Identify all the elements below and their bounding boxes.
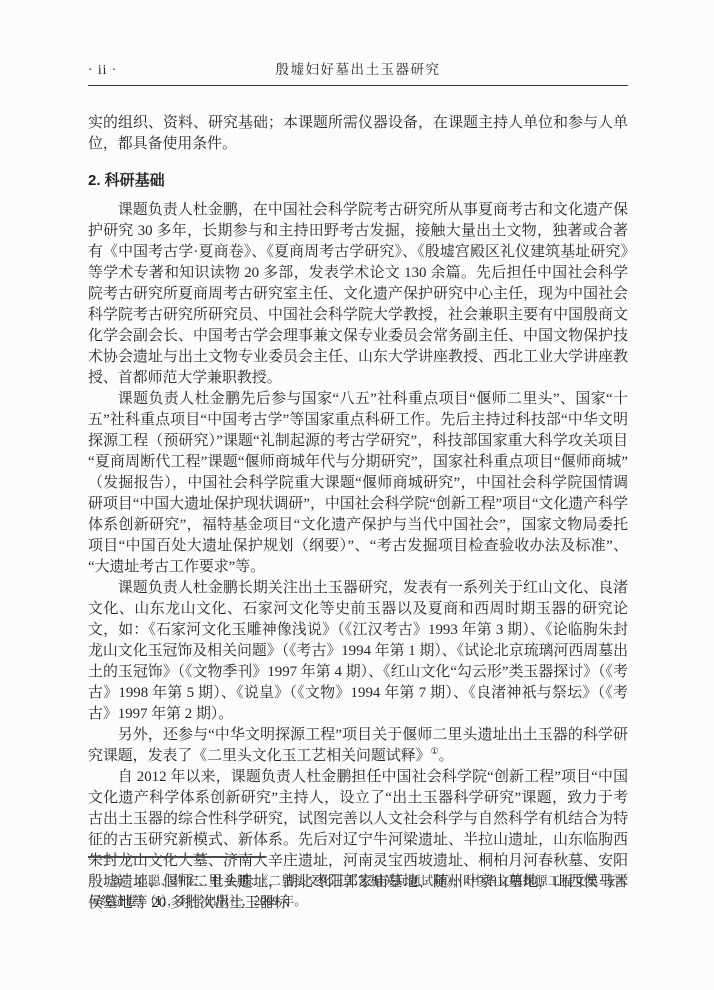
- paragraph-jade-publications: 课题负责人杜金鹏长期关注出土玉器研究，发表有一系列关于红山文化、良渚文化、山东龙…: [88, 578, 628, 725]
- page-content: · ii · 殷墟妇好墓出土玉器研究 实的组织、资料、研究基础；本课题所需仪器设…: [88, 60, 628, 914]
- footnote-text: 邓聪、许宏、杜金鹏：《二里头文化玉工艺相关问题试释》，《中华文明探源工程文集·技…: [88, 874, 628, 908]
- footnote-reference-marker: ①: [431, 746, 439, 756]
- running-head-title: 殷墟妇好墓出土玉器研究: [88, 60, 628, 80]
- footnote-separator-rule: [88, 856, 265, 858]
- paragraph-text: 另外，还参与“中华文明探源工程”项目关于偃师二里头遗址出土玉器的科学研究课题，发…: [88, 727, 628, 764]
- paragraph-exploration-project: 另外，还参与“中华文明探源工程”项目关于偃师二里头遗址出土玉器的科学研究课题，发…: [88, 725, 628, 767]
- paragraph-research-projects: 课题负责人杜金鹏先后参与国家“八五”社科重点项目“偃师二里头”、国家“十五”社科…: [88, 389, 628, 578]
- body-text: 实的组织、资料、研究基础；本课题所需仪器设备，在课题主持人单位和参与人单位，都具…: [88, 113, 628, 914]
- book-page: · ii · 殷墟妇好墓出土玉器研究 实的组织、资料、研究基础；本课题所需仪器设…: [0, 0, 714, 990]
- section-heading: 2. 科研基础: [88, 170, 628, 191]
- footnote: ①邓聪、许宏、杜金鹏：《二里头文化玉工艺相关问题试释》，《中华文明探源工程文集·…: [88, 871, 628, 911]
- footnote-area: ①邓聪、许宏、杜金鹏：《二里头文化玉工艺相关问题试释》，《中华文明探源工程文集·…: [88, 856, 628, 911]
- paragraph-text: 。: [439, 748, 454, 764]
- intro-continuation-paragraph: 实的组织、资料、研究基础；本课题所需仪器设备，在课题主持人单位和参与人单位，都具…: [88, 113, 628, 155]
- page-header: · ii · 殷墟妇好墓出土玉器研究: [88, 60, 628, 86]
- page-number: · ii ·: [88, 60, 117, 80]
- footnote-marker: ①: [113, 874, 124, 888]
- paragraph-researcher-bio: 课题负责人杜金鹏，在中国社会科学院考古研究所从事夏商考古和文化遗产保护研究 30…: [88, 200, 628, 389]
